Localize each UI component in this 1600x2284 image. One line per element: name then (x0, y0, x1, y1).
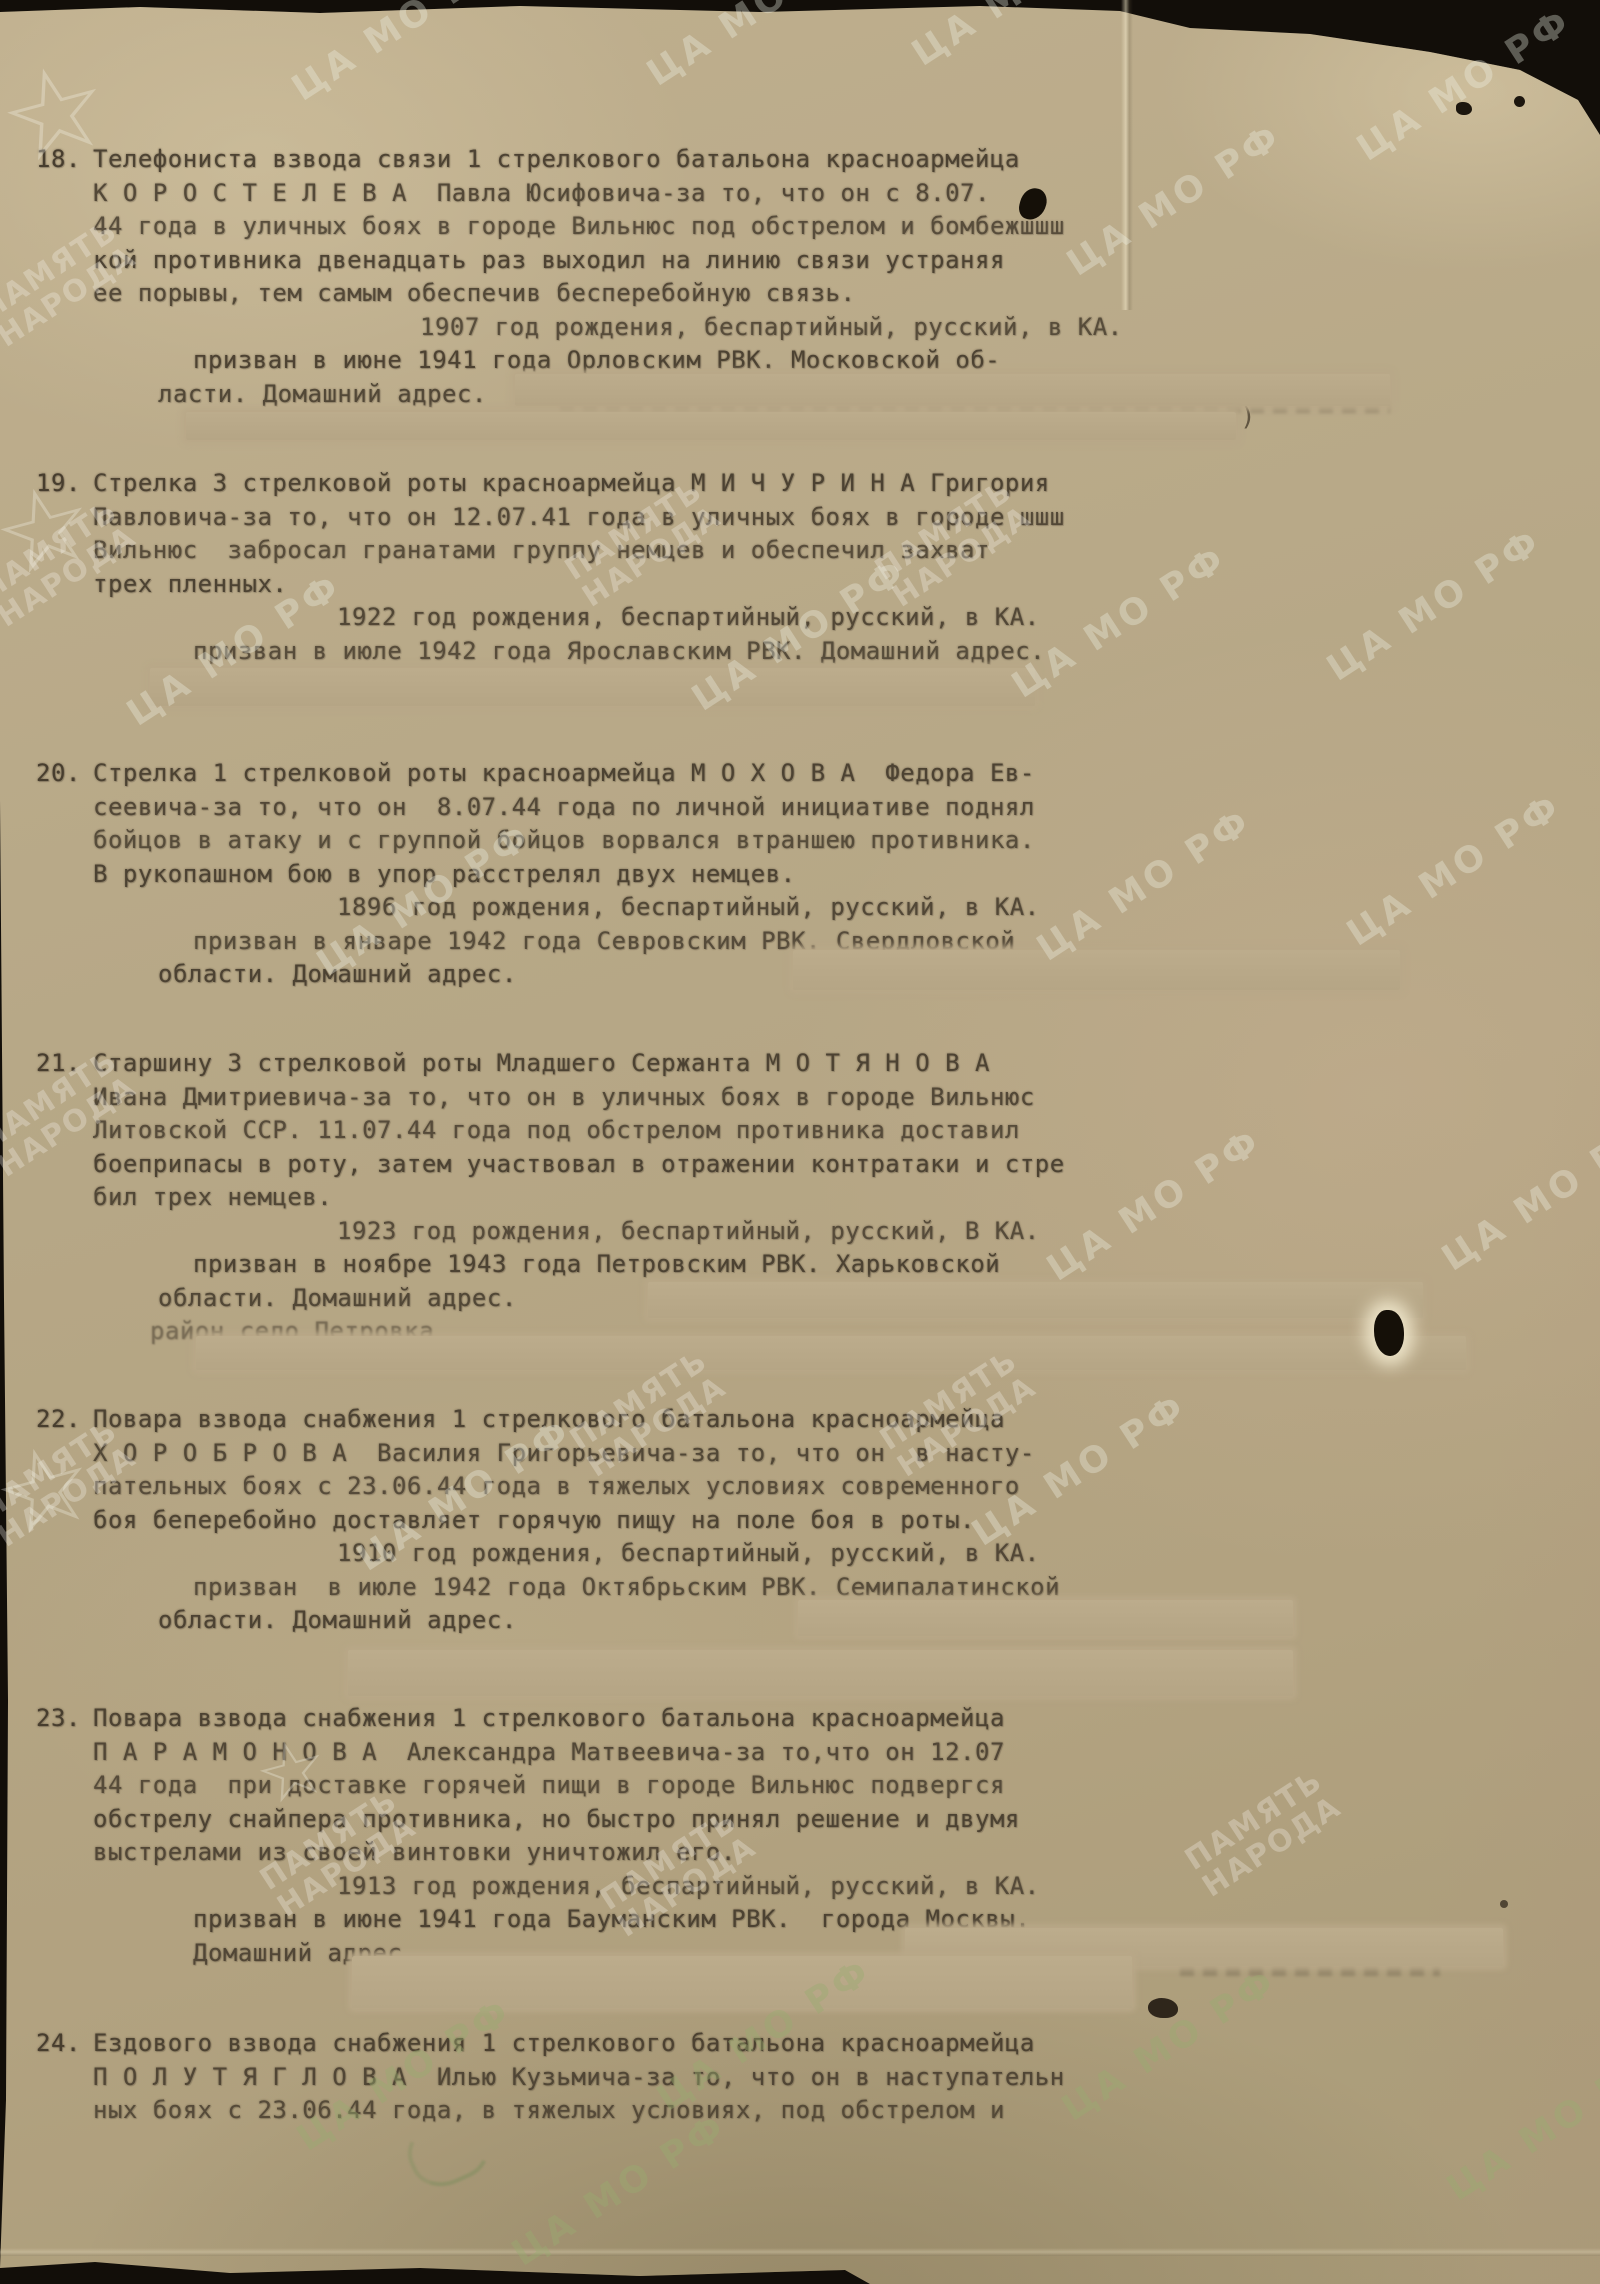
text-line: призван в июне 1941 года Орловским РВК. … (193, 348, 1000, 372)
text-line: пательных боях с 23.06.44 года в тяжелых… (93, 1474, 1020, 1498)
redaction-bar (196, 1336, 1466, 1370)
text-line: области. Домашний адрес. (158, 1286, 517, 1310)
text-line: 44 года при доставке горячей пищи в горо… (93, 1773, 1005, 1797)
entry-number: 23. (36, 1706, 81, 1730)
text-line: ных боях с 23.06.44 года, в тяжелых усло… (93, 2098, 1005, 2122)
text-line: 44 года в уличных боях в городе Вильнюс … (93, 214, 1065, 238)
entry-number: 19. (36, 471, 81, 495)
text-line: П А Р А М О Н О В А Александра Матвеевич… (93, 1740, 1005, 1764)
text-line: Телефониста взвода связи 1 стрелкового б… (93, 147, 1020, 171)
redaction-bar (186, 412, 1236, 440)
entry-number: 24. (36, 2031, 81, 2055)
scan-background: { "colors": { "paper": "#b7a787", "ink":… (0, 0, 1600, 2284)
ink-blot (1148, 1998, 1178, 2018)
stray-mark: ) (1240, 404, 1256, 430)
text-line: 1913 год рождения, беспартийный, русский… (337, 1874, 1040, 1898)
text-line: бил трех немцев. (93, 1185, 332, 1209)
text-line: ласти. Домашний адрес. (158, 382, 487, 406)
text-line: ее порывы, тем самым обеспечив бесперебо… (93, 281, 855, 305)
text-line: 1922 год рождения, беспартийный, русский… (337, 605, 1040, 629)
text-line: Ивана Дмитриевича-за то, что он в уличны… (93, 1085, 1035, 1109)
redaction-bar (352, 1956, 1132, 2008)
redaction-bar (515, 374, 1390, 406)
text-line: выстрелами из своей винтовки уничтожил е… (93, 1840, 736, 1864)
text-line: Ездового взвода снабжения 1 стрелкового … (93, 2031, 1035, 2055)
text-line: Стрелка 3 стрелковой роты красноармейца … (93, 471, 1050, 495)
text-line: боеприпасы в роту, затем участвовал в от… (93, 1152, 1065, 1176)
redaction-bar (348, 1650, 1293, 1696)
text-line: области. Домашний адрес. (158, 962, 517, 986)
redaction-bar (150, 668, 1035, 706)
text-line: 1896 год рождения, беспартийный, русский… (337, 895, 1040, 919)
text-line: призван в ноябре 1943 года Петровским РВ… (193, 1252, 1000, 1276)
text-line: сеевича-за то, что он 8.07.44 года по ли… (93, 795, 1035, 819)
text-line: Повара взвода снабжения 1 стрелкового ба… (93, 1407, 1005, 1431)
text-line: 1907 год рождения, беспартийный, русский… (420, 315, 1123, 339)
text-line: Вильнюс забросал гранатами группу немцев… (93, 538, 990, 562)
text-line: Павловича-за то, что он 12.07.41 года в … (93, 505, 1065, 529)
text-line: бойцов в атаку и с группой бойцов ворвал… (93, 828, 1035, 852)
text-line: Литовской ССР. 11.07.44 года под обстрел… (93, 1118, 1020, 1142)
entry-number: 21. (36, 1051, 81, 1075)
entry-number: 18. (36, 147, 81, 171)
text-line: П О Л У Т Я Г Л О В А Илью Кузьмича-за т… (93, 2065, 1065, 2089)
redaction-bar (798, 1600, 1293, 1636)
text-line: трех пленных. (93, 572, 287, 596)
text-line: Стрелка 1 стрелковой роты красноармейца … (93, 761, 1035, 785)
redaction-bar (793, 950, 1400, 990)
entry-number: 20. (36, 761, 81, 785)
text-line: призван в июле 1942 года Октябрьским РВК… (193, 1575, 1060, 1599)
text-line: В рукопашном бою в упор расстрелял двух … (93, 862, 796, 886)
text-line: Старшину 3 стрелковой роты Младшего Серж… (93, 1051, 990, 1075)
text-line: 1910 год рождения, беспартийный, русский… (337, 1541, 1040, 1565)
text-line: боя беперебойно доставляет горячую пищу … (93, 1508, 975, 1532)
text-line: призван в июне 1941 года Бауманским РВК.… (193, 1907, 1030, 1931)
text-line: Х О Р О Б Р О В А Василия Григорьевича-з… (93, 1441, 1035, 1465)
text-line: обстрелу снайпера противника, но быстро … (93, 1807, 1020, 1831)
redaction-bar (648, 1282, 1423, 1318)
paper-hole (1514, 96, 1525, 107)
paper-hole (1374, 1310, 1404, 1356)
text-line: Повара взвода снабжения 1 стрелкового ба… (93, 1706, 1005, 1730)
entry-number: 22. (36, 1407, 81, 1431)
paper-hole (1456, 102, 1472, 115)
text-line: 1923 год рождения, беспартийный, русский… (337, 1219, 1040, 1243)
text-line: области. Домашний адрес. (158, 1608, 517, 1632)
text-line: кой противника двенадцать раз выходил на… (93, 248, 1005, 272)
text-line: призван в июле 1942 года Ярославским РВК… (193, 639, 1045, 663)
text-line: К О Р О С Т Е Л Е В А Павла Юсифовича-за… (93, 181, 990, 205)
ink-blot (1500, 1900, 1508, 1908)
